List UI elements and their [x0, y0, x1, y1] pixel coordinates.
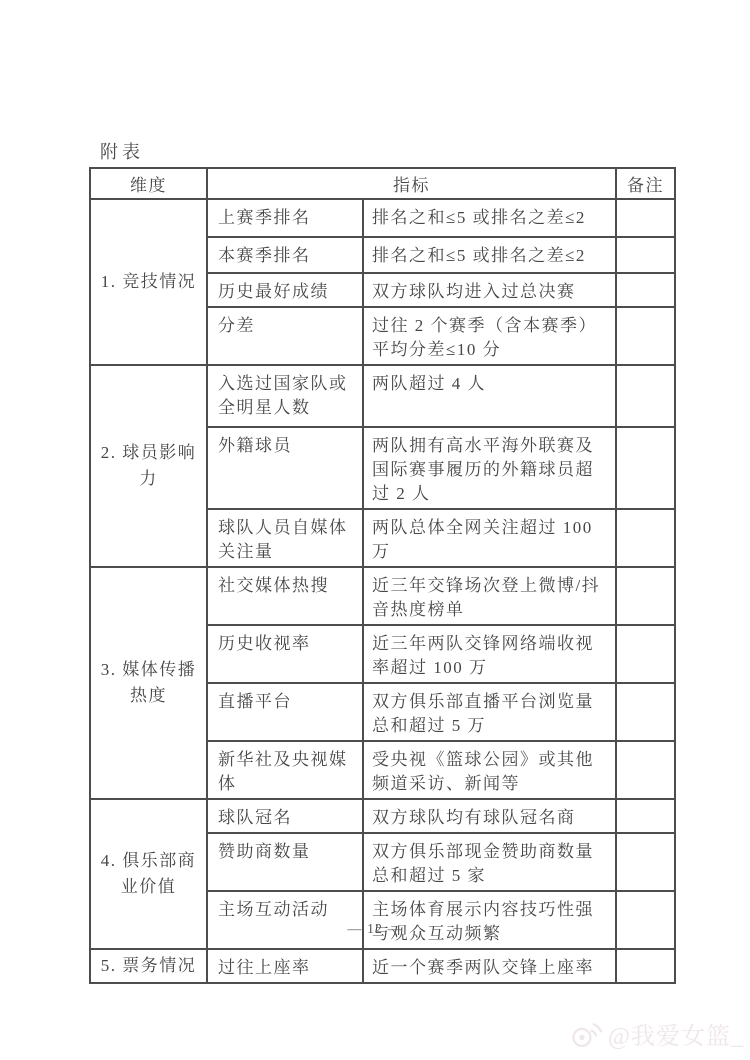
indicator-desc-cell: 受央视《篮球公园》或其他频道采访、新闻等	[363, 741, 616, 799]
indicator-name-cell: 本赛季排名	[207, 237, 363, 273]
indicator-desc-cell: 排名之和≤5 或排名之差≤2	[363, 237, 616, 273]
remark-cell	[616, 567, 675, 625]
indicator-name-cell: 历史收视率	[207, 625, 363, 683]
dimension-cell: 1. 竞技情况	[90, 199, 207, 365]
criteria-table: 维度 指标 备注 1. 竞技情况上赛季排名排名之和≤5 或排名之差≤2本赛季排名…	[89, 167, 676, 984]
remark-cell	[616, 799, 675, 833]
remark-cell	[616, 949, 675, 983]
indicator-name-cell: 分差	[207, 307, 363, 365]
col-header-remark: 备注	[616, 168, 675, 199]
remark-cell	[616, 683, 675, 741]
indicator-desc-cell: 近一个赛季两队交锋上座率	[363, 949, 616, 983]
indicator-name-cell: 主场互动活动	[207, 891, 363, 949]
indicator-desc-cell: 双方球队均有球队冠名商	[363, 799, 616, 833]
remark-cell	[616, 427, 675, 509]
indicator-name-cell: 社交媒体热搜	[207, 567, 363, 625]
indicator-desc-cell: 主场体育展示内容技巧性强与观众互动频繁	[363, 891, 616, 949]
watermark: @我爱女篮_	[570, 1016, 744, 1051]
indicator-desc-cell: 两队拥有高水平海外联赛及国际赛事履历的外籍球员超过 2 人	[363, 427, 616, 509]
remark-cell	[616, 365, 675, 427]
indicator-desc-cell: 双方球队均进入过总决赛	[363, 273, 616, 307]
indicator-desc-cell: 排名之和≤5 或排名之差≤2	[363, 199, 616, 237]
indicator-desc-cell: 双方俱乐部直播平台浏览量总和超过 5 万	[363, 683, 616, 741]
indicator-desc-cell: 两队超过 4 人	[363, 365, 616, 427]
remark-cell	[616, 741, 675, 799]
weibo-icon	[570, 1019, 604, 1049]
indicator-desc-cell: 近三年两队交锋网络端收视率超过 100 万	[363, 625, 616, 683]
col-header-dimension: 维度	[90, 168, 207, 199]
dimension-cell: 5. 票务情况	[90, 949, 207, 983]
remark-cell	[616, 199, 675, 237]
remark-cell	[616, 237, 675, 273]
remark-cell	[616, 307, 675, 365]
indicator-name-cell: 入选过国家队或全明星人数	[207, 365, 363, 427]
table-row: 4. 俱乐部商业价值球队冠名双方球队均有球队冠名商	[90, 799, 675, 833]
watermark-handle: @我爱女篮_	[608, 1016, 744, 1051]
dimension-cell: 3. 媒体传播热度	[90, 567, 207, 799]
indicator-name-cell: 赞助商数量	[207, 833, 363, 891]
col-header-indicator: 指标	[207, 168, 616, 199]
header-row: 维度 指标 备注	[90, 168, 675, 199]
indicator-desc-cell: 两队总体全网关注超过 100 万	[363, 509, 616, 567]
remark-cell	[616, 891, 675, 949]
indicator-desc-cell: 近三年交锋场次登上微博/抖音热度榜单	[363, 567, 616, 625]
remark-cell	[616, 509, 675, 567]
table-row: 2. 球员影响力入选过国家队或全明星人数两队超过 4 人	[90, 365, 675, 427]
indicator-name-cell: 过往上座率	[207, 949, 363, 983]
indicator-name-cell: 外籍球员	[207, 427, 363, 509]
remark-cell	[616, 625, 675, 683]
table-caption: 附表	[100, 138, 144, 164]
remark-cell	[616, 273, 675, 307]
table-row: 5. 票务情况过往上座率近一个赛季两队交锋上座率	[90, 949, 675, 983]
page-number: — 12 —	[0, 922, 750, 938]
indicator-name-cell: 球队冠名	[207, 799, 363, 833]
dimension-cell: 2. 球员影响力	[90, 365, 207, 567]
indicator-desc-cell: 过往 2 个赛季（含本赛季）平均分差≤10 分	[363, 307, 616, 365]
table-row: 3. 媒体传播热度社交媒体热搜近三年交锋场次登上微博/抖音热度榜单	[90, 567, 675, 625]
remark-cell	[616, 833, 675, 891]
indicator-name-cell: 历史最好成绩	[207, 273, 363, 307]
indicator-name-cell: 上赛季排名	[207, 199, 363, 237]
document-page: 附表 维度 指标 备注 1. 竞技情况上赛季排名排名之和≤5 或排名之差≤2本赛…	[0, 0, 750, 1060]
indicator-name-cell: 直播平台	[207, 683, 363, 741]
indicator-name-cell: 新华社及央视媒体	[207, 741, 363, 799]
table-row: 1. 竞技情况上赛季排名排名之和≤5 或排名之差≤2	[90, 199, 675, 237]
indicator-name-cell: 球队人员自媒体关注量	[207, 509, 363, 567]
indicator-desc-cell: 双方俱乐部现金赞助商数量总和超过 5 家	[363, 833, 616, 891]
